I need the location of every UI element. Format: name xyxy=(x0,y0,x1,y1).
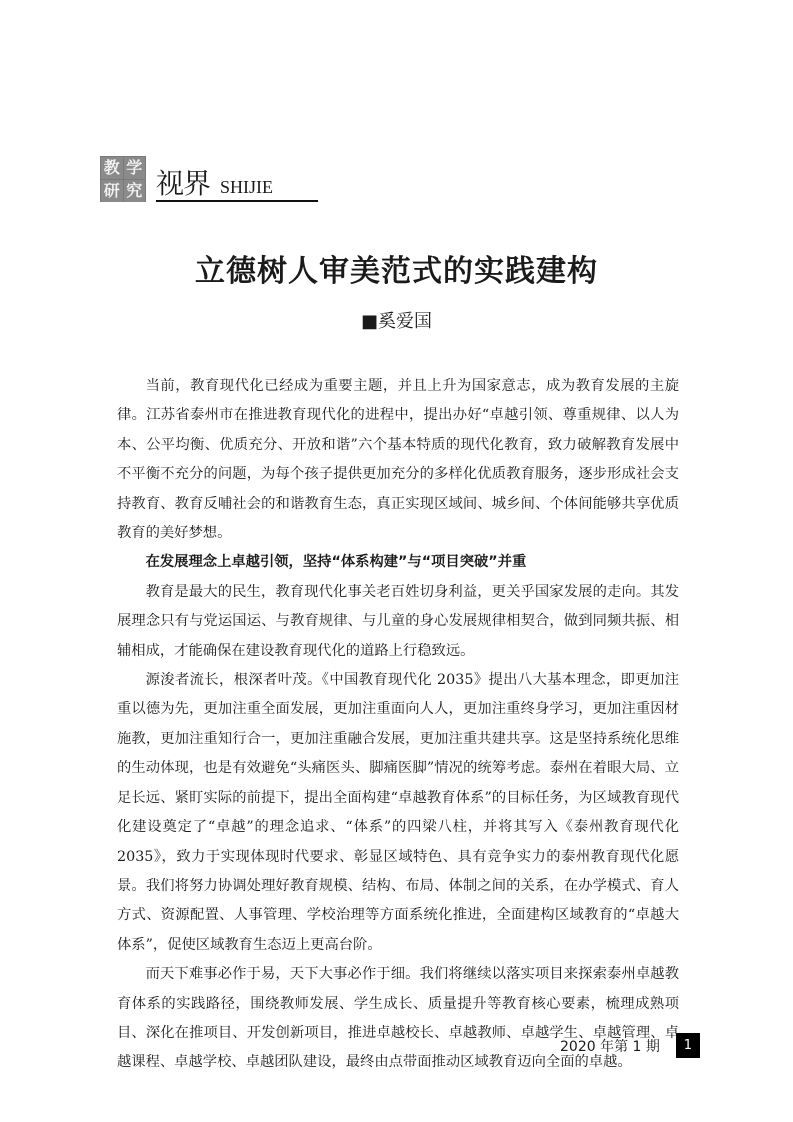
brand-english: SHIJIE xyxy=(220,177,273,197)
logo-char: 研 xyxy=(101,180,123,202)
column-brand: 视界 SHIJIE xyxy=(156,169,318,202)
logo-char: 学 xyxy=(124,157,146,179)
paragraph: 源浚者流长，根深者叶茂。《中国教育现代化 2035》提出八大基本理念，即更加注重… xyxy=(117,666,679,960)
section-heading: 在发展理念上卓越引领，坚持“体系构建”与“项目突破”并重 xyxy=(117,548,679,577)
logo-char: 教 xyxy=(101,157,123,179)
article-title: 立德树人审美范式的实践建构 xyxy=(0,246,793,290)
issue-label: 2020 年第 1 期 xyxy=(560,1036,660,1056)
page-number: 1 xyxy=(676,1033,700,1058)
logo-char: 究 xyxy=(124,180,146,202)
article-body: 当前，教育现代化已经成为重要主题，并且上升为国家意志，成为教育发展的主旋律。江苏… xyxy=(117,372,679,1078)
paragraph: 而天下难事必作于易，天下大事必作于细。我们将继续以落实项目来探索泰州卓越教育体系… xyxy=(117,960,679,1078)
column-header: 教 学 研 究 视界 SHIJIE xyxy=(100,156,318,202)
article-author: ■奚爱国 xyxy=(0,307,793,333)
page-footer: 2020 年第 1 期 1 xyxy=(560,1033,700,1058)
brand-chinese: 视界 xyxy=(156,169,210,199)
paragraph: 教育是最大的民生，教育现代化事关老百姓切身利益，更关乎国家发展的走向。其发展理念… xyxy=(117,578,679,666)
paragraph: 当前，教育现代化已经成为重要主题，并且上升为国家意志，成为教育发展的主旋律。江苏… xyxy=(117,372,679,548)
column-logo: 教 学 研 究 xyxy=(100,156,146,202)
